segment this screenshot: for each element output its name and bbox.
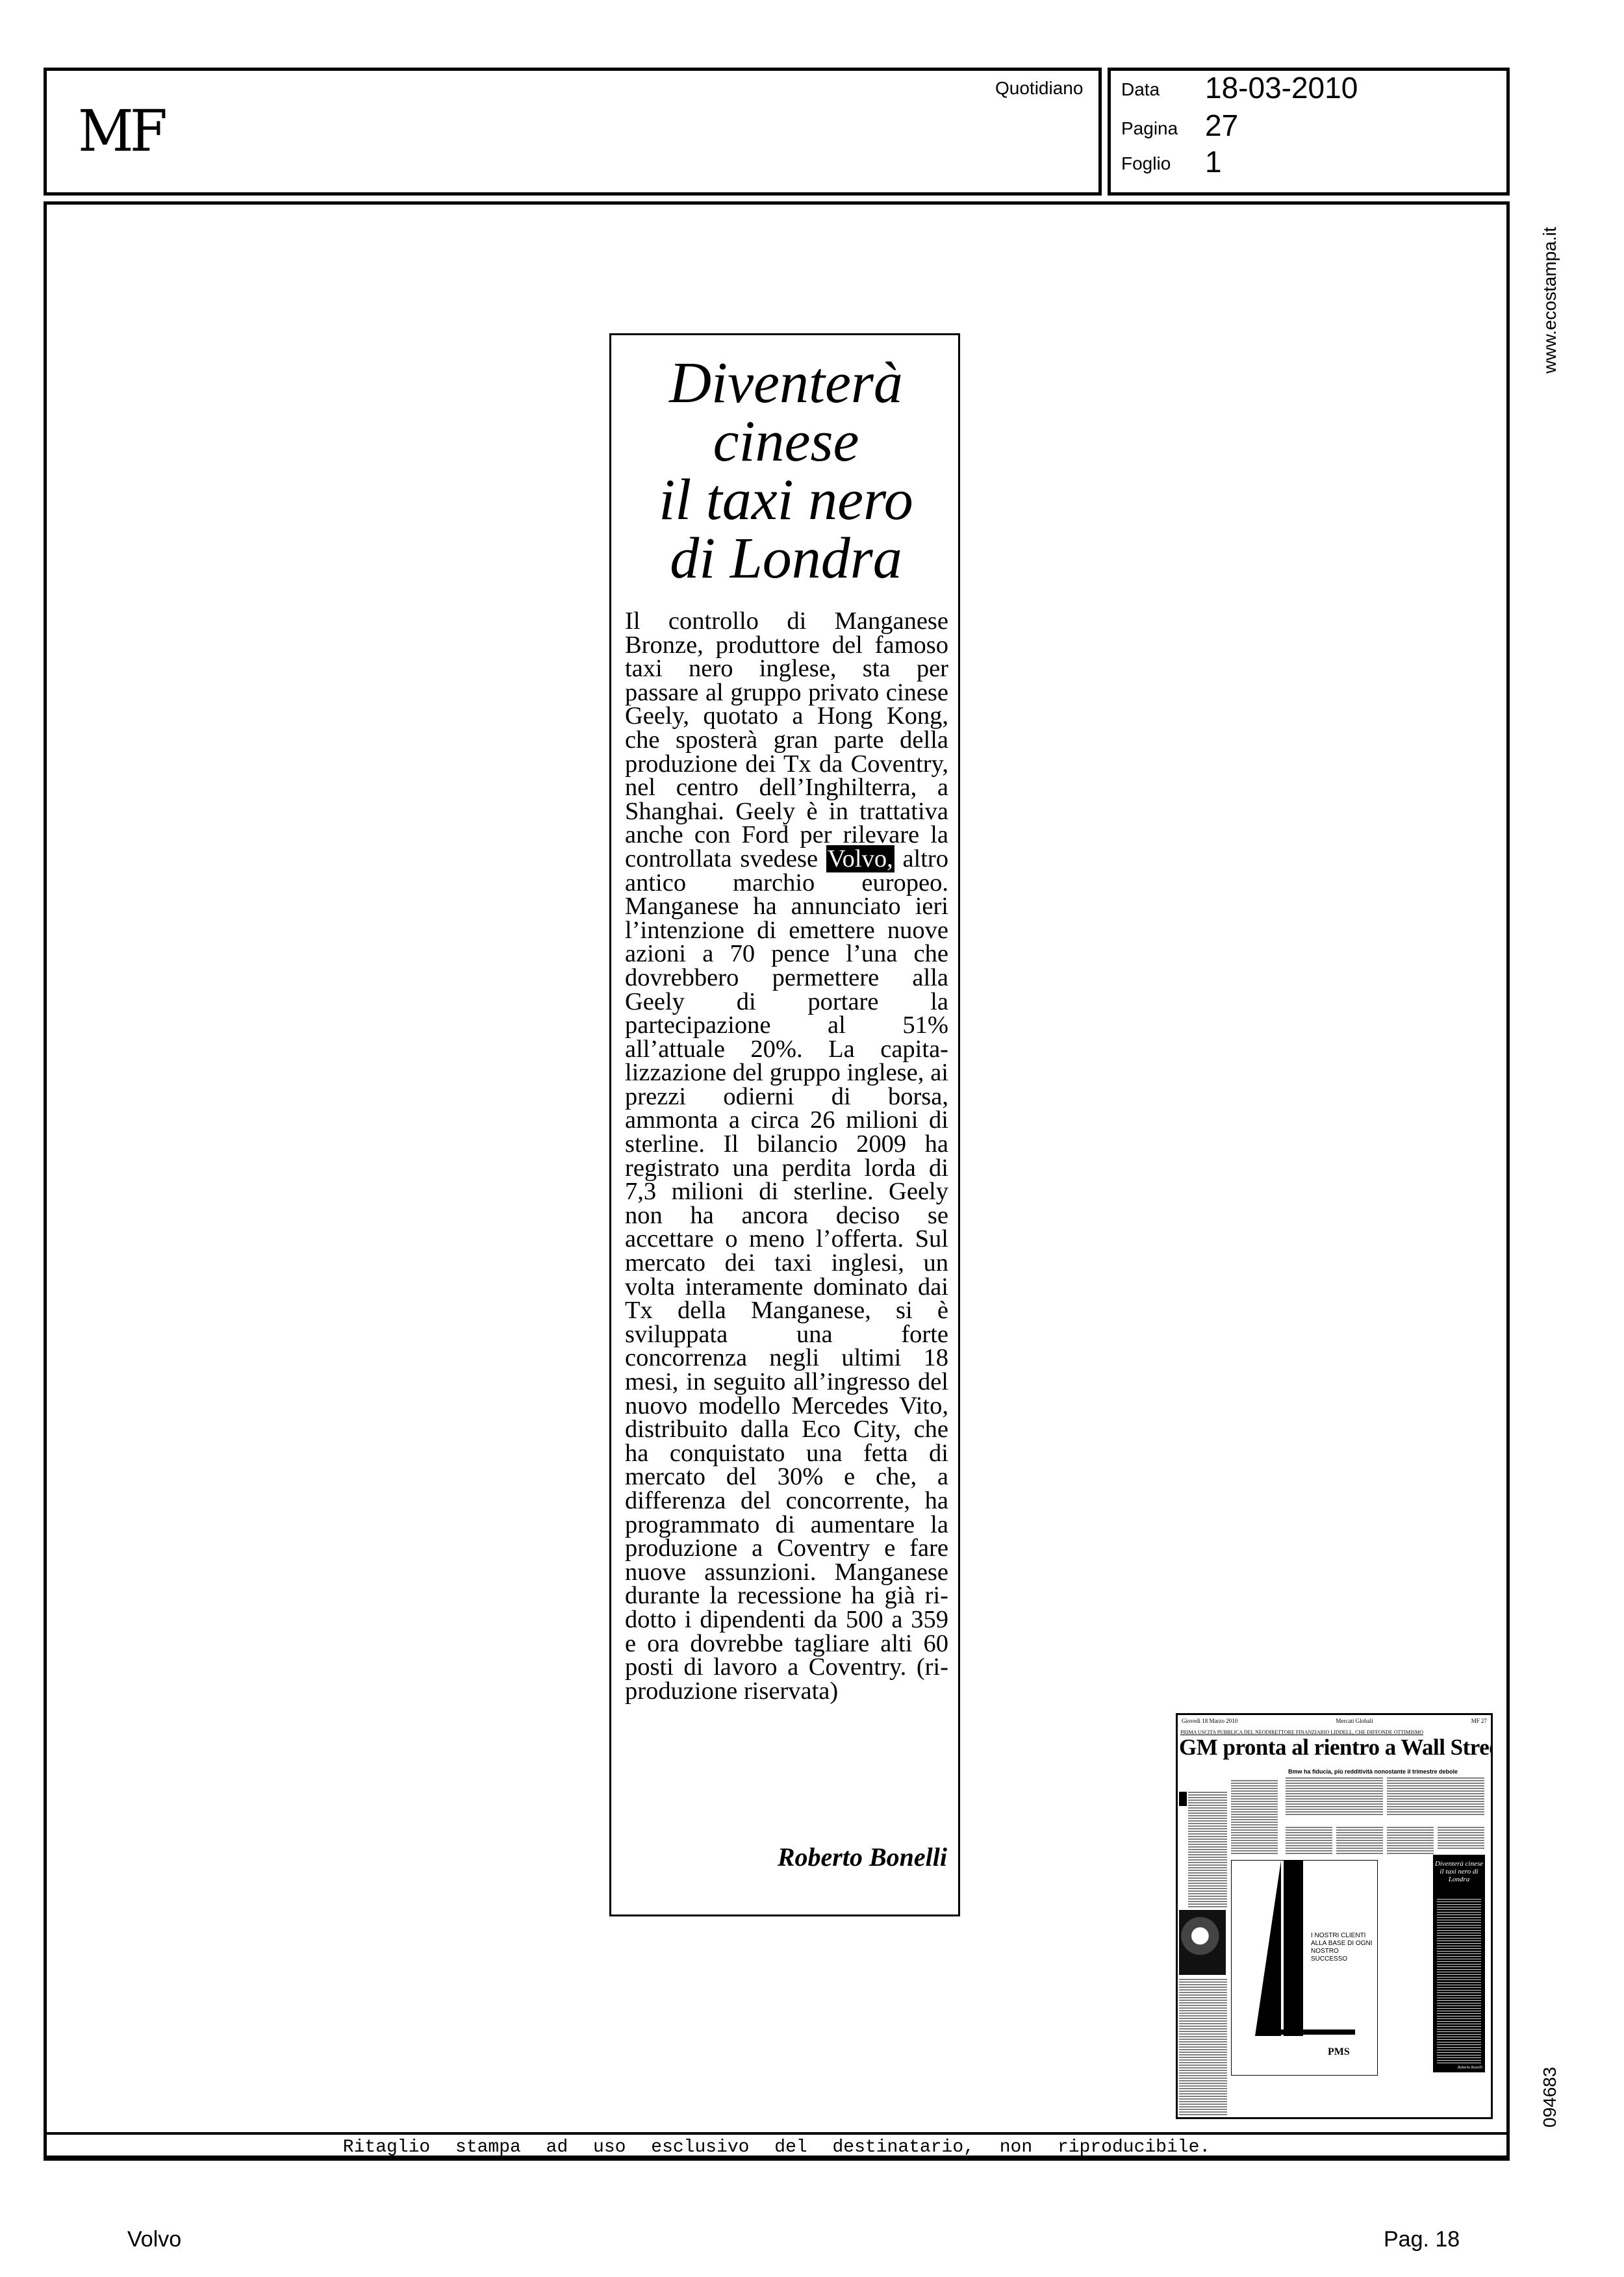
thumbnail-text-column xyxy=(1387,1827,1434,1854)
body-text-part: Il controllo di Manganese Bronze, produt… xyxy=(625,607,948,872)
ad-slogan: I NOSTRI CLIENTI ALLA BASE DI OGNI NOSTR… xyxy=(1311,1932,1376,1963)
headline-line: cinese xyxy=(617,413,955,471)
thumbnail-text-column xyxy=(1387,1777,1484,1816)
thumbnail-box-title: Diventerà cinese il taxi nero di Londra xyxy=(1434,1860,1484,1883)
clipping-code-vertical: 094683 xyxy=(1540,2067,1560,2128)
header-publication-box xyxy=(44,68,1102,196)
footer-divider xyxy=(44,2132,1510,2135)
meta-sheet-value: 1 xyxy=(1205,144,1222,179)
thumbnail-top-line: Giovedì 18 Marzo 2010 Mercati Globali MF… xyxy=(1182,1718,1487,1724)
thumbnail-section: Mercati Globali xyxy=(1336,1718,1373,1724)
thumbnail-text-column xyxy=(1188,1792,1227,1909)
headline-line: di Londra xyxy=(617,529,955,588)
clipping-keyword: Volvo xyxy=(127,2227,181,2252)
ad-graphic-bar xyxy=(1284,1861,1303,2036)
thumbnail-text-column xyxy=(1231,1780,1278,1854)
thumbnail-text-column xyxy=(1438,1827,1484,1850)
thumbnail-highlighted-article: Diventerà cinese il taxi nero di Londra … xyxy=(1433,1855,1485,2072)
website-vertical-label: www.ecostampa.it xyxy=(1540,227,1560,374)
thumbnail-text-column xyxy=(1286,1827,1332,1854)
headline-line: il taxi nero xyxy=(617,471,955,529)
meta-date-value: 18-03-2010 xyxy=(1205,70,1358,105)
thumbnail-portrait-photo xyxy=(1179,1910,1226,1975)
thumbnail-text-column xyxy=(1286,1777,1383,1816)
thumbnail-advertisement: I NOSTRI CLIENTI ALLA BASE DI OGNI NOSTR… xyxy=(1231,1860,1378,2076)
article-byline: Roberto Bonelli xyxy=(625,1842,947,1872)
meta-sheet-label: Foglio xyxy=(1121,153,1171,174)
ad-brand: PMS xyxy=(1328,2046,1350,2058)
page-thumbnail: Giovedì 18 Marzo 2010 Mercati Globali MF… xyxy=(1176,1713,1493,2119)
thumbnail-dropcap xyxy=(1179,1792,1187,1806)
meta-date-label: Data xyxy=(1121,79,1160,100)
page-number: Pag. 18 xyxy=(1384,2227,1460,2252)
thumbnail-title: GM pronta al rientro a Wall Street xyxy=(1179,1735,1491,1761)
headline-line: Diventerà xyxy=(617,354,955,413)
thumbnail-box-byline: Roberto Bonelli xyxy=(1458,2066,1482,2070)
ad-graphic-base xyxy=(1271,2029,1355,2035)
article-headline: Diventerà cinese il taxi nero di Londra xyxy=(617,354,955,588)
publication-frequency: Quotidiano xyxy=(995,78,1083,99)
thumbnail-text-column xyxy=(1179,1979,1227,2115)
ad-graphic-diagonal xyxy=(1236,1861,1281,2036)
publication-logo: MF xyxy=(78,97,164,164)
reproduction-notice: Ritaglio stampa ad uso esclusivo del des… xyxy=(44,2137,1510,2157)
thumbnail-subhead: Bmw ha fiducia, più redditività nonostan… xyxy=(1288,1768,1490,1775)
meta-page-label: Pagina xyxy=(1121,118,1178,139)
article-body: Il controllo di Manganese Bronze, produt… xyxy=(625,609,948,1703)
thumbnail-text-column xyxy=(1336,1827,1383,1854)
meta-page-value: 27 xyxy=(1205,108,1238,143)
body-text-part: altro antico marchio europeo. Manganese … xyxy=(625,845,948,1705)
thumbnail-box-text xyxy=(1437,1899,1481,2065)
thumbnail-page-ref: MF 27 xyxy=(1471,1718,1487,1724)
thumbnail-date: Giovedì 18 Marzo 2010 xyxy=(1182,1718,1237,1724)
